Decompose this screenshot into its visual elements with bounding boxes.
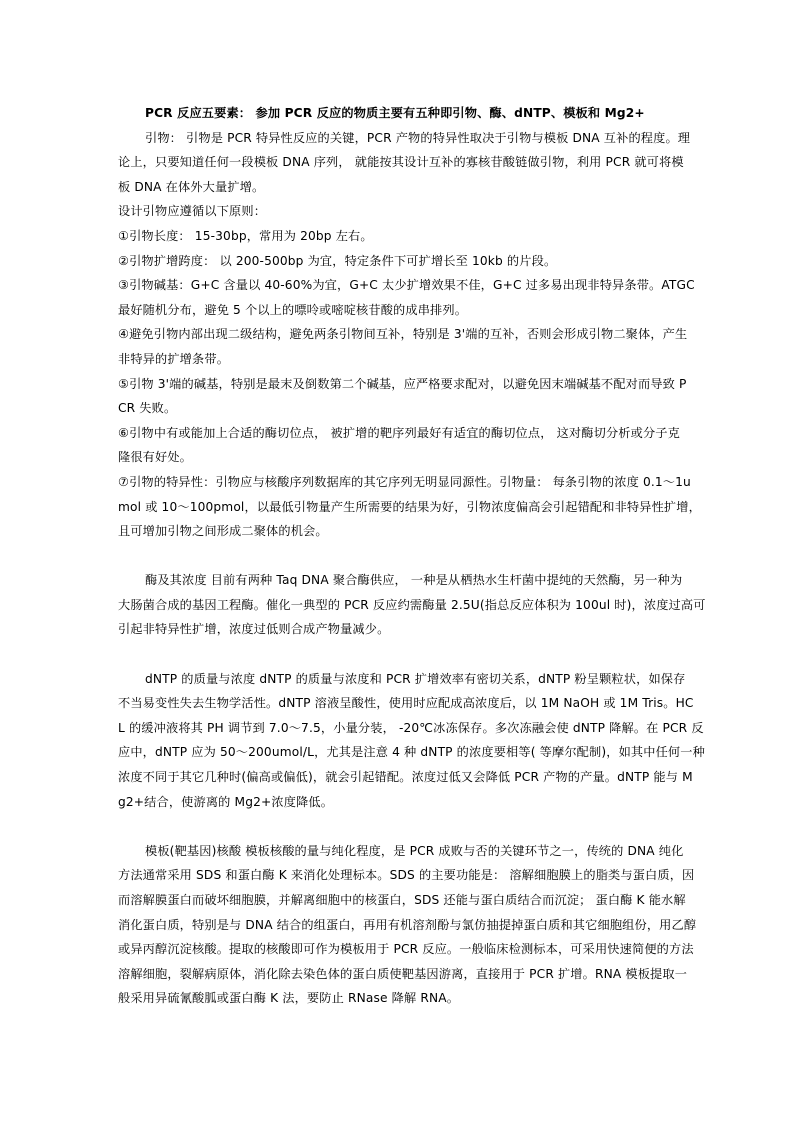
paragraph-line: g2+结合，使游离的 Mg2+浓度降低。	[118, 790, 678, 815]
list-item: 且可增加引物之间形成二聚体的机会。	[118, 519, 678, 544]
list-item: ①引物长度： 15-30bp，常用为 20bp 左右。	[118, 224, 678, 249]
paragraph-line: 引物： 引物是 PCR 特异性反应的关键，PCR 产物的特异性取决于引物与模板 …	[118, 126, 678, 151]
list-item: CR 失败。	[118, 396, 678, 421]
paragraph-gap	[118, 642, 678, 667]
paragraph-line: 消化蛋白质，特别是与 DNA 结合的组蛋白，再用有机溶剂酚与氯仿抽提掉蛋白质和其…	[118, 913, 678, 938]
paragraph-line: 板 DNA 在体外大量扩增。	[118, 175, 678, 200]
paragraph-line: 论上，只要知道任何一段模板 DNA 序列， 就能按其设计互补的寡核苷酸链做引物，…	[118, 150, 678, 175]
list-item: 最好随机分布，避免 5 个以上的嘌呤或嘧啶核苷酸的成串排列。	[118, 298, 678, 323]
list-item: ④避免引物内部出现二级结构，避免两条引物间互补，特别是 3'端的互补，否则会形成…	[118, 322, 678, 347]
list-item: ②引物扩增跨度： 以 200-500bp 为宜，特定条件下可扩增长至 10kb …	[118, 249, 678, 274]
list-item: 隆很有好处。	[118, 445, 678, 470]
paragraph-line: 大肠菌合成的基因工程酶。催化一典型的 PCR 反应约需酶量 2.5U(指总反应体…	[118, 593, 678, 618]
paragraph-gap	[118, 814, 678, 839]
paragraph-line: 般采用异硫氰酸胍或蛋白酶 K 法，要防止 RNase 降解 RNA。	[118, 986, 678, 1011]
paragraph-line: dNTP 的质量与浓度 dNTP 的质量与浓度和 PCR 扩增效率有密切关系，d…	[118, 667, 678, 692]
paragraph-line: 溶解细胞，裂解病原体，消化除去染色体的蛋白质使靶基因游离，直接用于 PCR 扩增…	[118, 962, 678, 987]
template-section: 模板(靶基因)核酸 模板核酸的量与纯化程度，是 PCR 成败与否的关键环节之一，…	[118, 839, 678, 1011]
list-item: ⑤引物 3'端的碱基，特别是最末及倒数第二个碱基，应严格要求配对，以避免因末端碱…	[118, 372, 678, 397]
paragraph-gap	[118, 544, 678, 569]
paragraph-line: 方法通常采用 SDS 和蛋白酶 K 来消化处理标本。SDS 的主要功能是： 溶解…	[118, 863, 678, 888]
paragraph-line: 模板(靶基因)核酸 模板核酸的量与纯化程度，是 PCR 成败与否的关键环节之一，…	[118, 839, 678, 864]
list-item: mol 或 10～100pmol，以最低引物量产生所需要的结果为好，引物浓度偏高…	[118, 495, 678, 520]
primer-section: 引物： 引物是 PCR 特异性反应的关键，PCR 产物的特异性取决于引物与模板 …	[118, 126, 678, 544]
paragraph-line: 应中，dNTP 应为 50～200umol/L，尤其是注意 4 种 dNTP 的…	[118, 740, 678, 765]
list-item: ⑦引物的特异性：引物应与核酸序列数据库的其它序列无明显同源性。引物量： 每条引物…	[118, 470, 678, 495]
list-item: 非特异的扩增条带。	[118, 347, 678, 372]
paragraph-line: 或异丙醇沉淀核酸。提取的核酸即可作为模板用于 PCR 反应。一般临床检测标本，可…	[118, 937, 678, 962]
paragraph-line: 酶及其浓度 目前有两种 Taq DNA 聚合酶供应， 一种是从栖热水生杆菌中提纯…	[118, 568, 678, 593]
enzyme-section: 酶及其浓度 目前有两种 Taq DNA 聚合酶供应， 一种是从栖热水生杆菌中提纯…	[118, 568, 678, 642]
paragraph-line: 设计引物应遵循以下原则：	[118, 199, 678, 224]
paragraph-line: 而溶解膜蛋白而破坏细胞膜，并解离细胞中的核蛋白，SDS 还能与蛋白质结合而沉淀；…	[118, 888, 678, 913]
list-item: ⑥引物中有或能加上合适的酶切位点， 被扩增的靶序列最好有适宜的酶切位点， 这对酶…	[118, 421, 678, 446]
paragraph-line: 不当易变性失去生物学活性。dNTP 溶液呈酸性，使用时应配成高浓度后，以 1M …	[118, 691, 678, 716]
paragraph-line: 浓度不同于其它几种时(偏高或偏低)，就会引起错配。浓度过低又会降低 PCR 产物…	[118, 765, 678, 790]
paragraph-line: L 的缓冲液将其 PH 调节到 7.0～7.5，小量分装， -20℃冰冻保存。多…	[118, 716, 678, 741]
paragraph-line: 引起非特异性扩增，浓度过低则合成产物量减少。	[118, 617, 678, 642]
dntp-section: dNTP 的质量与浓度 dNTP 的质量与浓度和 PCR 扩增效率有密切关系，d…	[118, 667, 678, 815]
list-item: ③引物碱基：G+C 含量以 40-60%为宜，G+C 太少扩增效果不佳，G+C …	[118, 273, 678, 298]
document-title: PCR 反应五要素： 参加 PCR 反应的物质主要有五种即引物、酶、dNTP、模…	[118, 101, 678, 126]
document-page: PCR 反应五要素： 参加 PCR 反应的物质主要有五种即引物、酶、dNTP、模…	[118, 101, 678, 1011]
